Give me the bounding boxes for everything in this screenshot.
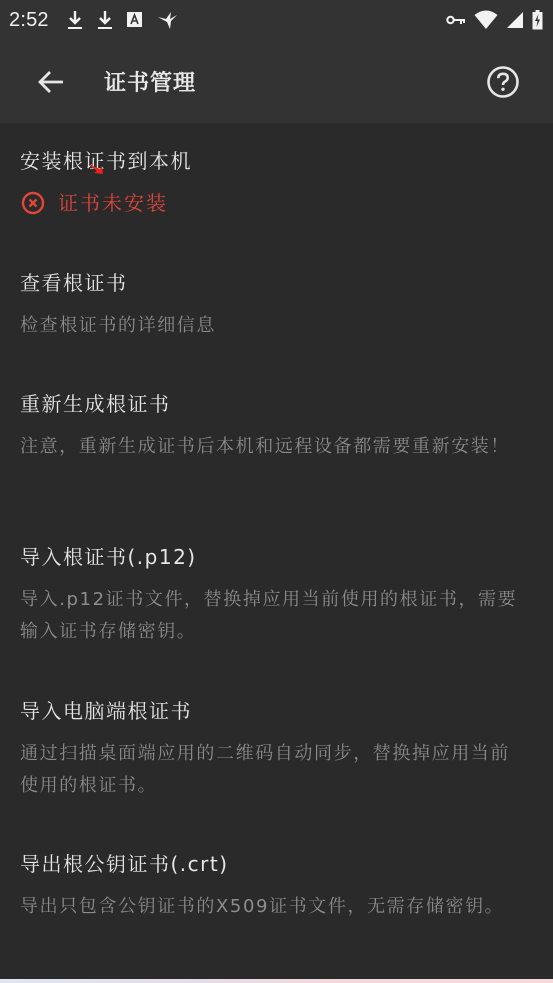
navigation-bar-edge <box>0 979 553 983</box>
import-desktop-cert-item[interactable]: 导入电脑端根证书 通过扫描桌面端应用的二维码自动同步，替换掉应用当前使用的根证书… <box>0 696 553 802</box>
item-summary: 导出只包含公钥证书的X509证书文件，无需存储密钥。 <box>20 891 525 923</box>
error-circle-icon <box>20 190 46 216</box>
regenerate-root-cert-item[interactable]: 重新生成根证书 注意，重新生成证书后本机和远程设备都需要重新安装！ <box>0 389 553 463</box>
item-title: 导出根公钥证书(.crt) <box>20 849 533 879</box>
item-summary: 导入.p12证书文件，替换掉应用当前使用的根证书，需要输入证书存储密钥。 <box>20 584 525 648</box>
vpn-key-icon <box>446 14 466 26</box>
item-title: 导入电脑端根证书 <box>20 696 533 726</box>
help-circle-icon <box>486 65 520 99</box>
app-bar: 证书管理 <box>0 40 553 123</box>
install-root-cert-item[interactable]: 安装根证书到本机 证书未安装 <box>0 146 553 217</box>
wifi-icon <box>474 10 498 30</box>
import-p12-cert-item[interactable]: 导入根证书(.p12) 导入.p12证书文件，替换掉应用当前使用的根证书，需要输… <box>0 542 553 648</box>
download-icon <box>97 10 113 30</box>
item-title: 重新生成根证书 <box>20 389 533 419</box>
export-public-cert-item[interactable]: 导出根公钥证书(.crt) 导出只包含公钥证书的X509证书文件，无需存储密钥。 <box>0 849 553 923</box>
back-button[interactable] <box>25 56 77 108</box>
status-time: 2:52 <box>9 9 49 32</box>
download-icon <box>67 10 83 30</box>
view-root-cert-item[interactable]: 查看根证书 检查根证书的详细信息 <box>0 268 553 342</box>
help-button[interactable] <box>477 56 529 108</box>
font-app-icon <box>127 12 143 28</box>
page-title: 证书管理 <box>104 66 196 97</box>
item-title: 查看根证书 <box>20 268 533 298</box>
system-icons <box>446 10 543 30</box>
arrow-left-icon <box>37 69 65 95</box>
item-summary: 通过扫描桌面端应用的二维码自动同步，替换掉应用当前使用的根证书。 <box>20 738 525 802</box>
cellular-signal-icon <box>506 11 524 29</box>
battery-charging-icon <box>532 10 543 30</box>
item-summary: 检查根证书的详细信息 <box>20 310 525 342</box>
item-summary: 注意，重新生成证书后本机和远程设备都需要重新安装！ <box>20 431 525 463</box>
certificate-settings-list: 安装根证书到本机 证书未安装 查看根证书 检查根证书的详细信息 重新生成根证书 … <box>0 123 553 977</box>
notification-icons <box>67 10 179 30</box>
cert-status: 证书未安装 <box>20 189 533 217</box>
status-bar: 2:52 <box>0 0 553 40</box>
bird-app-icon <box>157 10 179 30</box>
item-title: 导入根证书(.p12) <box>20 542 533 572</box>
cert-status-text: 证书未安装 <box>58 189 168 217</box>
pointer-cursor-icon <box>88 163 104 175</box>
